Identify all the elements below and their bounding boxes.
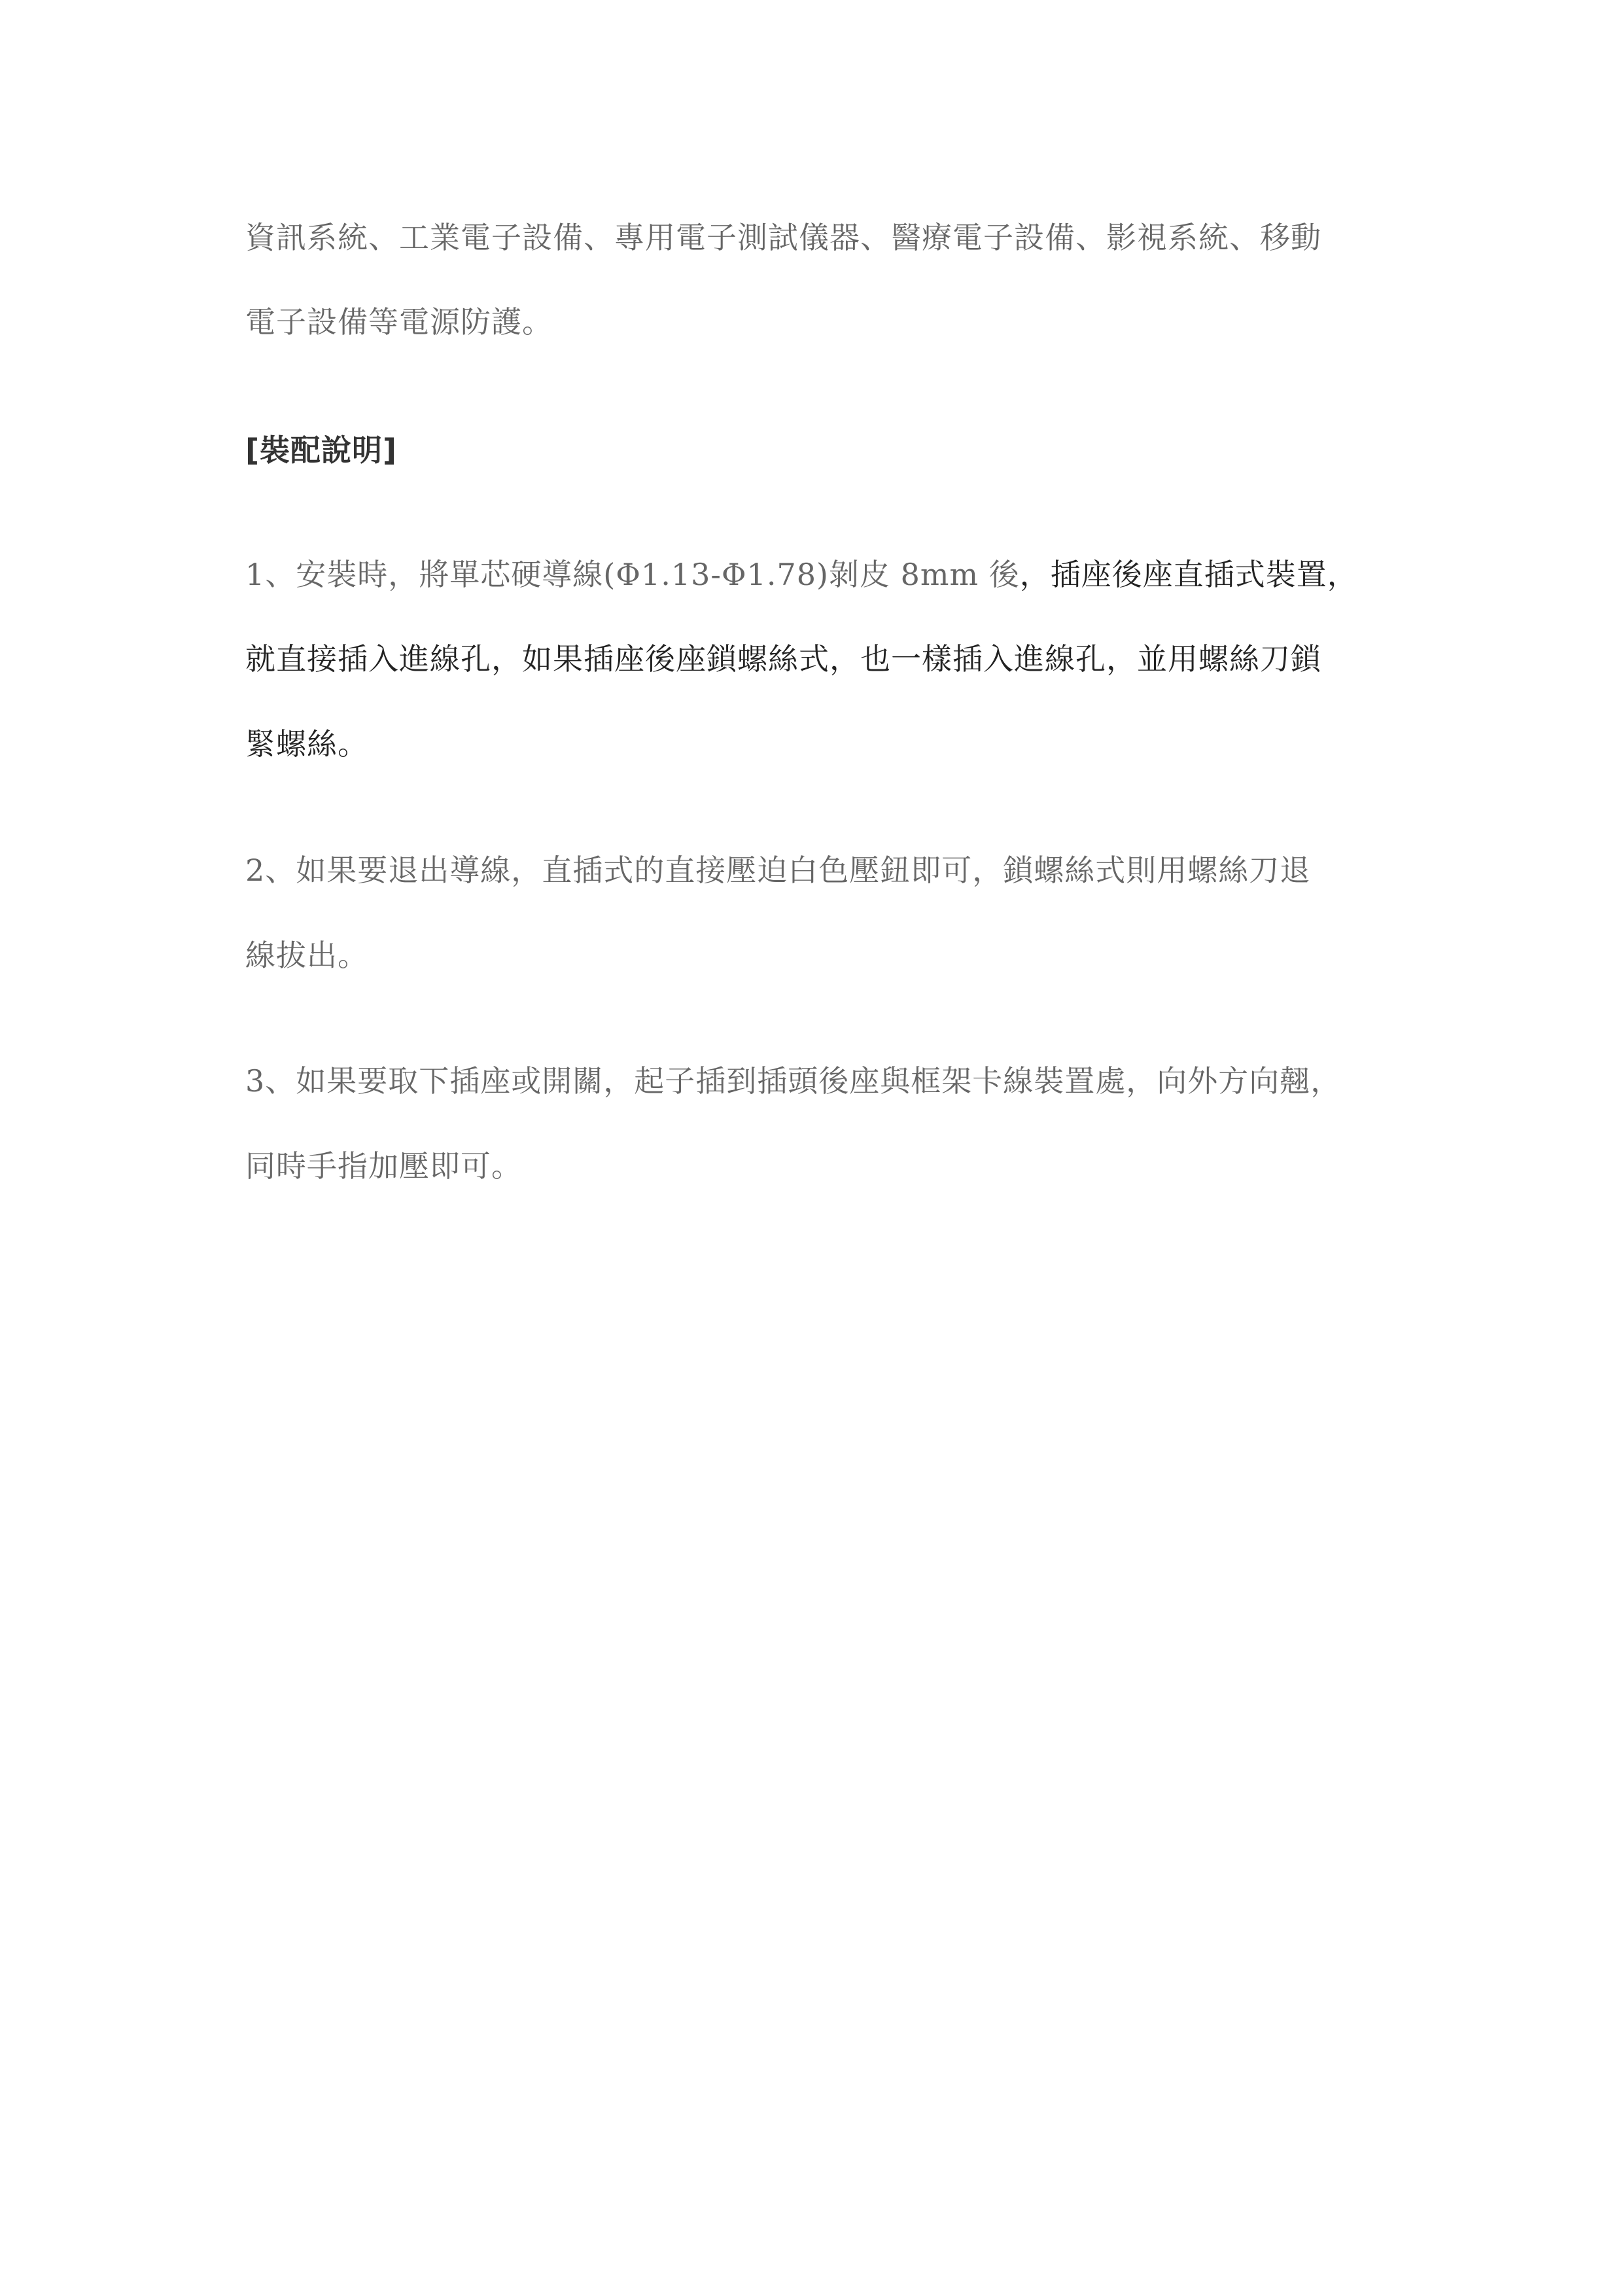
step-2-line-1: 2、如果要退出導線，直插式的直接壓迫白色壓鈕即可，鎖螺絲式則用螺絲刀退 (245, 851, 1310, 890)
step-3-line-1: 3、如果要取下插座或開關，起子插到插頭後座與框架卡線裝置處，向外方向翹， (245, 1061, 1341, 1101)
section-heading: [裝配說明] (245, 431, 397, 470)
intro-line-2: 電子設備等電源防護。 (245, 302, 553, 342)
document-page: 資訊系統、工業電子設備、專用電子測試儀器、醫療電子設備、影視系統、移動 電子設備… (0, 0, 1623, 2296)
step-2-line-2: 線拔出。 (245, 936, 368, 975)
step-1-line-1: 1、安裝時，將單芯硬導線(Φ1.13-Φ1.78)剝皮 8mm 後，插座後座直插… (245, 555, 1358, 594)
step-3-line-2: 同時手指加壓即可。 (245, 1146, 522, 1186)
intro-line-1: 資訊系統、工業電子設備、專用電子測試儀器、醫療電子設備、影視系統、移動 (245, 218, 1321, 257)
step-1-line-2: 就直接插入進線孔，如果插座後座鎖螺絲式，也一樣插入進線孔，並用螺絲刀鎖 (245, 639, 1321, 679)
step-1-line-3: 緊螺絲。 (245, 724, 368, 764)
step-1-line-1-dark: ，插座後座直插式裝置， (1020, 557, 1358, 592)
step-1-line-1-gray: 1、安裝時，將單芯硬導線(Φ1.13-Φ1.78)剝皮 8mm 後 (245, 557, 1020, 592)
